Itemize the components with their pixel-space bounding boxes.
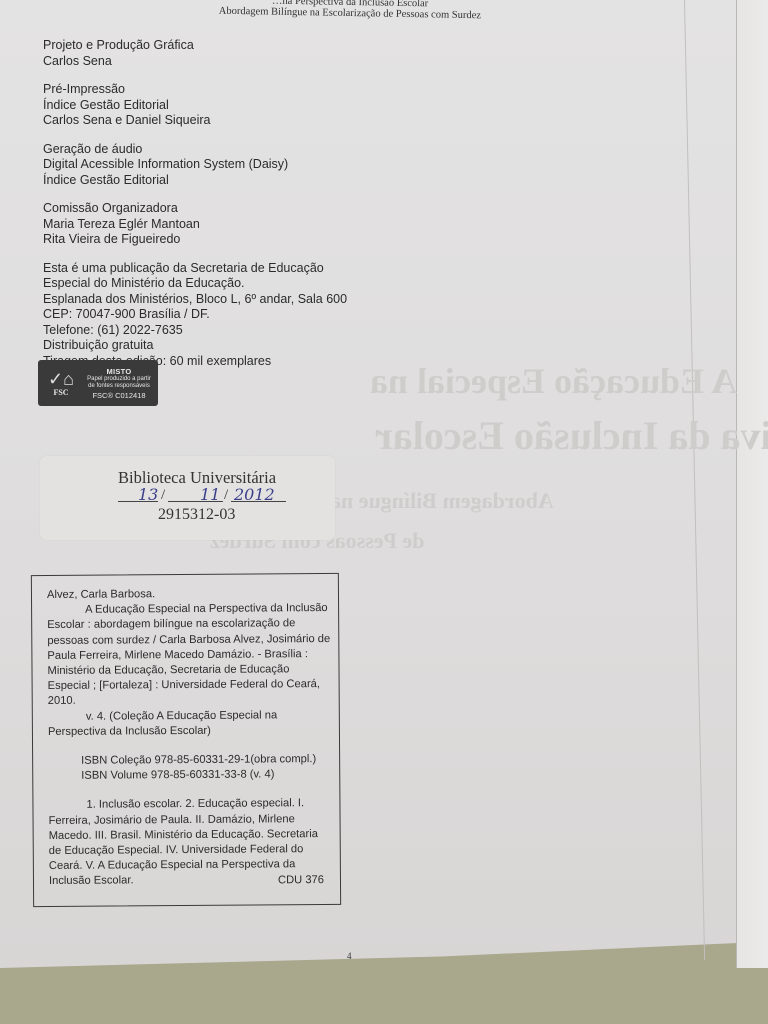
fsc-description-line2: de fontes responsáveis — [80, 383, 158, 390]
credit-line: Maria Tereza Eglér Mantoan — [43, 217, 347, 233]
publication-line: Esta é uma publicação da Secretaria de E… — [43, 261, 347, 277]
credit-heading: Pré-Impressão — [43, 82, 347, 98]
credit-heading: Projeto e Produção Gráfica — [43, 38, 347, 54]
credits-section: Projeto e Produção Gráfica Carlos Sena P… — [43, 38, 347, 382]
catalog-card: Alvez, Carla Barbosa. A Educação Especia… — [31, 573, 341, 907]
fsc-logo-text: FSC — [53, 388, 68, 397]
publication-info: Esta é uma publicação da Secretaria de E… — [43, 261, 347, 370]
date-year: 2012 — [234, 485, 275, 504]
credit-block: Geração de áudio Digital Acessible Infor… — [43, 142, 347, 189]
credit-line: Carlos Sena — [43, 54, 347, 70]
fsc-tree-icon: ✓⌂ — [48, 370, 74, 388]
credit-heading: Comissão Organizadora — [43, 201, 347, 217]
date-separator: / — [224, 487, 228, 504]
catalog-series: v. 4. (Coleção A Educação Especial na Pe… — [48, 708, 331, 740]
credit-block: Pré-Impressão Índice Gestão Editorial Ca… — [43, 82, 347, 129]
fsc-label: ✓⌂ FSC MISTO Papel produzido a partir de… — [38, 360, 158, 406]
isbn-collection: ISBN Coleção 978-85-60331-29-1(obra comp… — [81, 752, 331, 769]
publication-line: Telefone: (61) 2022-7635 — [43, 323, 347, 339]
catalog-description: A Educação Especial na Perspectiva da In… — [47, 601, 331, 709]
credit-line: Carlos Sena e Daniel Siqueira — [43, 113, 347, 129]
credit-line: Rita Vieira de Figueiredo — [43, 232, 347, 248]
publication-line: Especial do Ministério da Educação. — [43, 276, 347, 292]
library-sticker: Biblioteca Universitária 13 / 11 / 2012 … — [40, 456, 335, 540]
credit-line: Índice Gestão Editorial — [43, 98, 347, 114]
fsc-description-line1: Papel produzido a partir — [80, 376, 158, 383]
fsc-text: MISTO Papel produzido a partir de fontes… — [80, 368, 158, 399]
date-day: 13 — [138, 485, 158, 504]
fsc-logo: ✓⌂ FSC — [42, 362, 80, 404]
credit-heading: Geração de áudio — [43, 142, 347, 158]
publication-line: Distribuição gratuita — [43, 338, 347, 354]
bleed-through-line3: Abordagem Bilíngue na — [330, 488, 554, 514]
credit-line: Índice Gestão Editorial — [43, 173, 347, 189]
library-code: 2915312-03 — [158, 506, 235, 524]
fsc-category: MISTO — [80, 368, 158, 375]
publication-line: Esplanada dos Ministérios, Bloco L, 6º a… — [43, 292, 347, 308]
catalog-cdu: CDU 376 — [278, 873, 324, 889]
facing-page-edge — [736, 0, 768, 968]
fsc-license: FSC® C012418 — [80, 392, 158, 399]
bleed-through-line2: Perspectiva da Inclusão Escolar — [375, 412, 768, 459]
library-date: 13 / 11 / 2012 — [118, 484, 286, 504]
credit-block: Projeto e Produção Gráfica Carlos Sena — [43, 38, 347, 69]
isbn-volume: ISBN Volume 978-85-60331-33-8 (v. 4) — [81, 767, 331, 784]
publication-line: CEP: 70047-900 Brasília / DF. — [43, 307, 347, 323]
catalog-isbn: ISBN Coleção 978-85-60331-29-1(obra comp… — [48, 752, 331, 784]
date-separator: / — [161, 487, 165, 504]
date-month: 11 — [200, 485, 220, 504]
page-number: 4 — [347, 951, 352, 961]
credit-line: Digital Acessible Information System (Da… — [43, 157, 347, 173]
bleed-through-line1: A Educação Especial na — [370, 360, 737, 402]
credit-block: Comissão Organizadora Maria Tereza Eglér… — [43, 201, 347, 248]
